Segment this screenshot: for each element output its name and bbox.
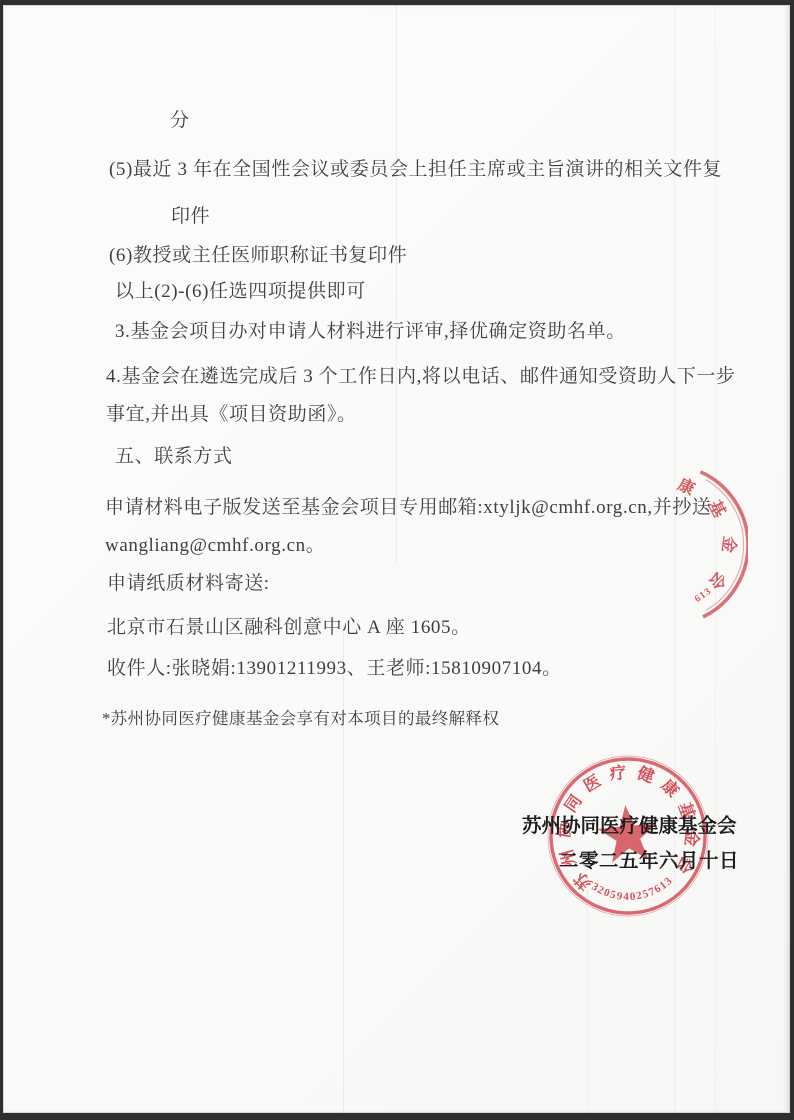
document-line: 4.基金会在遴选完成后 3 个工作日内,将以电话、邮件通知受资助人下一步 [106, 361, 736, 388]
scanned-document-page: 分 (5)最近 3 年在全国性会议或委员会上担任主席或主旨演讲的相关文件复 印件… [0, 0, 794, 1120]
signature-organization: 苏州协同医疗健康基金会 [522, 810, 737, 838]
document-line: 以上(2)-(6)任选四项提供即可 [115, 276, 366, 303]
document-line: 申请纸质材料寄送: [107, 568, 270, 595]
document-line: 事宜,并出具《项目资助函》。 [106, 399, 357, 426]
footnote-disclaimer: *苏州协同医疗健康基金会享有对本项目的最终解释权 [102, 705, 499, 729]
red-stamp-seal-partial: 康基金会 613 [588, 465, 748, 625]
document-line: 印件 [171, 201, 210, 228]
document-line: (6)教授或主任医师职称证书复印件 [109, 240, 407, 267]
document-line-address: 北京市石景山区融科创意中心 A 座 1605。 [107, 612, 471, 639]
seal-serial-number: 3205940257613 [589, 874, 677, 907]
paper-background: 分 (5)最近 3 年在全国性会议或委员会上担任主席或主旨演讲的相关文件复 印件… [3, 5, 790, 1113]
document-line: (5)最近 3 年在全国性会议或委员会上担任主席或主旨演讲的相关文件复 [109, 154, 722, 181]
document-line-email-cc: wangliang@cmhf.org.cn。 [105, 530, 325, 557]
document-line: 分 [170, 105, 190, 132]
document-line: 3.基金会项目办对申请人材料进行评审,择优确定资助名单。 [115, 316, 626, 343]
signature-date: 二零二五年六月十日 [559, 845, 739, 873]
paper-crease [396, 5, 397, 565]
document-line-recipients: 收件人:张晓娟:13901211993、王老师:15810907104。 [107, 653, 562, 680]
paper-crease [343, 625, 344, 1113]
section-heading-contact: 五、联系方式 [115, 441, 233, 468]
